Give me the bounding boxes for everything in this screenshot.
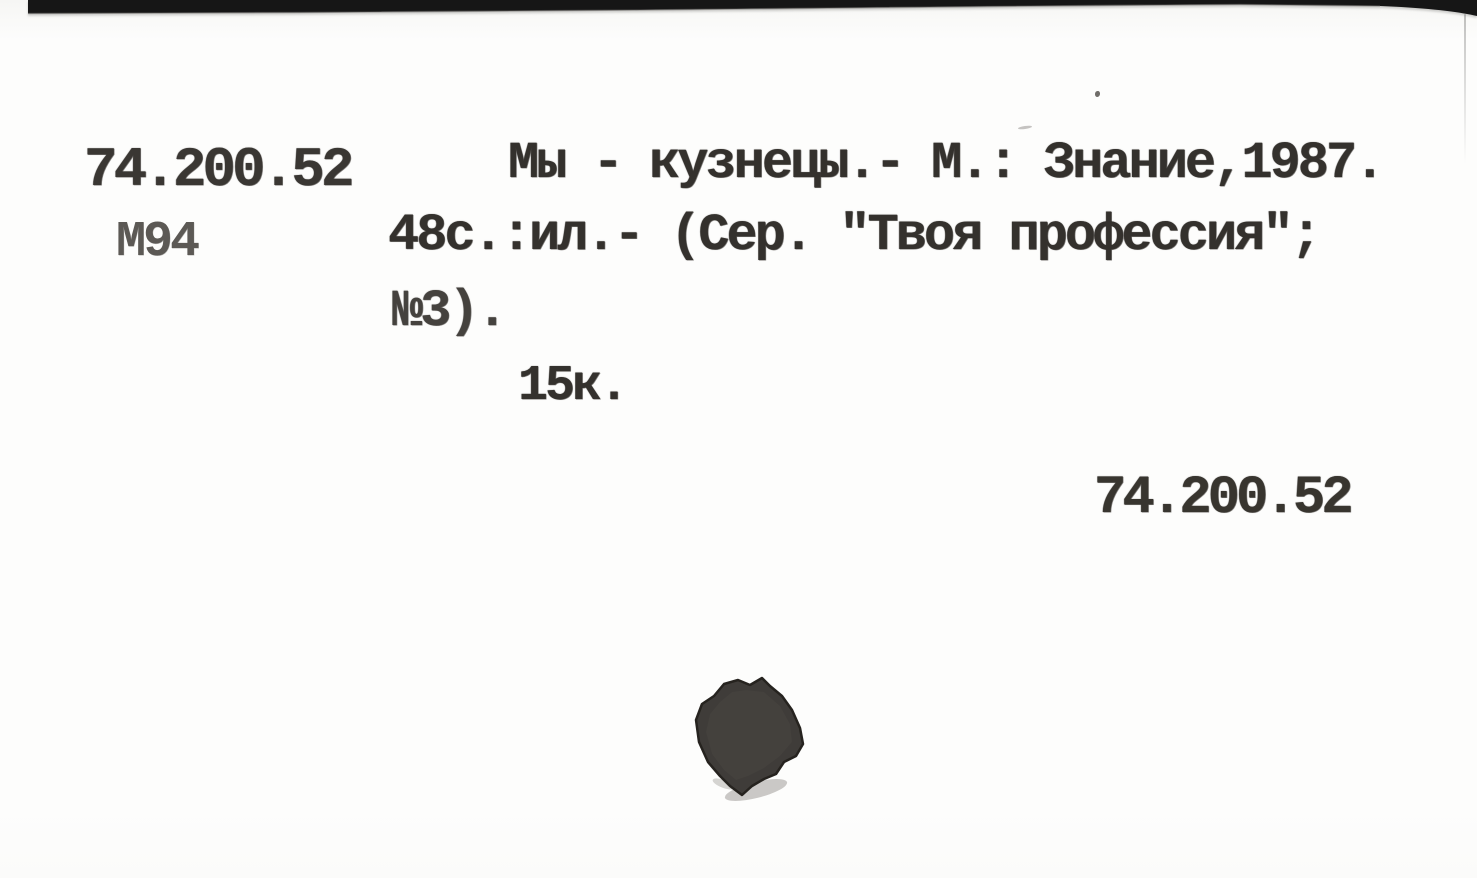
bib-line-series-number: №3). — [392, 286, 505, 338]
scan-top-edge — [0, 0, 1477, 30]
catalog-card: 74.200.52 М94 Мы - кузнецы.- М.: Знание,… — [0, 0, 1477, 878]
call-number-bottom: 74.200.52 — [1094, 472, 1350, 526]
bib-line-collation: 48с.:ил.- (Сер. "Твоя профессия"; — [388, 210, 1319, 262]
bib-line-title: Мы - кузнецы.- М.: Знание,1987. — [508, 138, 1382, 190]
card-right-edge — [1464, 14, 1466, 164]
paper-speck — [1095, 91, 1100, 97]
paper-smudge — [1018, 125, 1032, 130]
ink-blot — [672, 662, 822, 812]
call-number-top: 74.200.52 — [84, 142, 350, 198]
author-mark: М94 — [116, 218, 197, 268]
bib-line-price: 15к. — [518, 362, 626, 412]
